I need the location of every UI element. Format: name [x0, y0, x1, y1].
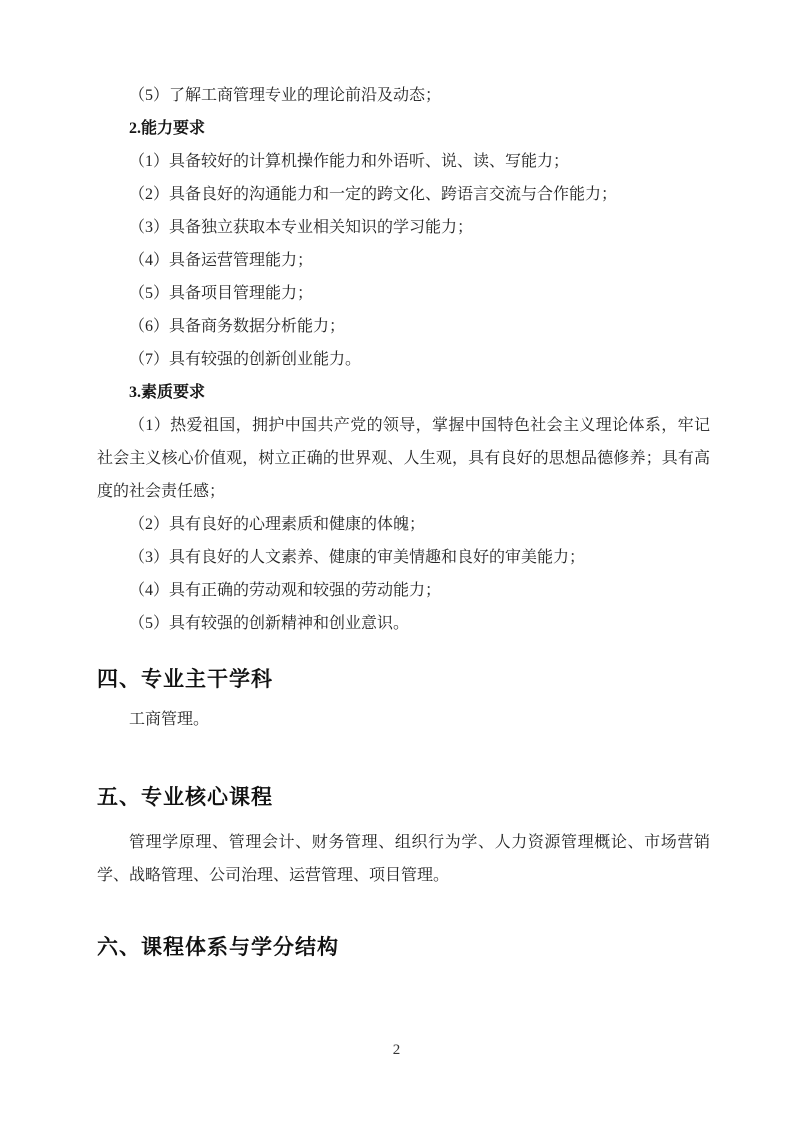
- section-heading-5: 五、专业核心课程: [97, 784, 710, 812]
- body-line: （6）具备商务数据分析能力；: [97, 310, 710, 343]
- section-core-courses: 五、专业核心课程 管理学原理、管理会计、财务管理、组织行为学、人力资源管理概论、…: [97, 784, 710, 892]
- body-line: （1）热爱祖国，拥护中国共产党的领导，掌握中国特色社会主义理论体系，牢记社会主义…: [97, 409, 710, 508]
- body-line: （3）具备独立获取本专业相关知识的学习能力；: [97, 211, 710, 244]
- body-line: （5）具备项目管理能力；: [97, 277, 710, 310]
- section-heading-4: 四、专业主干学科: [97, 666, 710, 694]
- body-line: （5）了解工商管理专业的理论前沿及动态；: [97, 79, 710, 112]
- body-line: （4）具有正确的劳动观和较强的劳动能力；: [97, 574, 710, 607]
- document-content: （5）了解工商管理专业的理论前沿及动态； 2.能力要求 （1）具备较好的计算机操…: [97, 0, 710, 962]
- section-main-disciplines: 四、专业主干学科 工商管理。: [97, 666, 710, 736]
- page-number: 2: [0, 1040, 793, 1060]
- section-curriculum-structure: 六、课程体系与学分结构: [97, 934, 710, 962]
- body-line: （5）具有较强的创新精神和创业意识。: [97, 607, 710, 640]
- section-paragraph: 管理学原理、管理会计、财务管理、组织行为学、人力资源管理概论、市场营销学、战略管…: [97, 826, 710, 892]
- body-line: （1）具备较好的计算机操作能力和外语听、说、读、写能力；: [97, 145, 710, 178]
- body-line: （7）具有较强的创新创业能力。: [97, 343, 710, 376]
- subsection-heading-ability: 2.能力要求: [97, 112, 710, 145]
- section-paragraph: 工商管理。: [97, 703, 710, 736]
- body-line: （4）具备运营管理能力；: [97, 244, 710, 277]
- subsection-heading-quality: 3.素质要求: [97, 376, 710, 409]
- body-line: （2）具有良好的心理素质和健康的体魄；: [97, 508, 710, 541]
- document-page: （5）了解工商管理专业的理论前沿及动态； 2.能力要求 （1）具备较好的计算机操…: [0, 0, 793, 1122]
- section-heading-6: 六、课程体系与学分结构: [97, 934, 710, 962]
- body-line: （3）具有良好的人文素养、健康的审美情趣和良好的审美能力；: [97, 541, 710, 574]
- body-line: （2）具备良好的沟通能力和一定的跨文化、跨语言交流与合作能力；: [97, 178, 710, 211]
